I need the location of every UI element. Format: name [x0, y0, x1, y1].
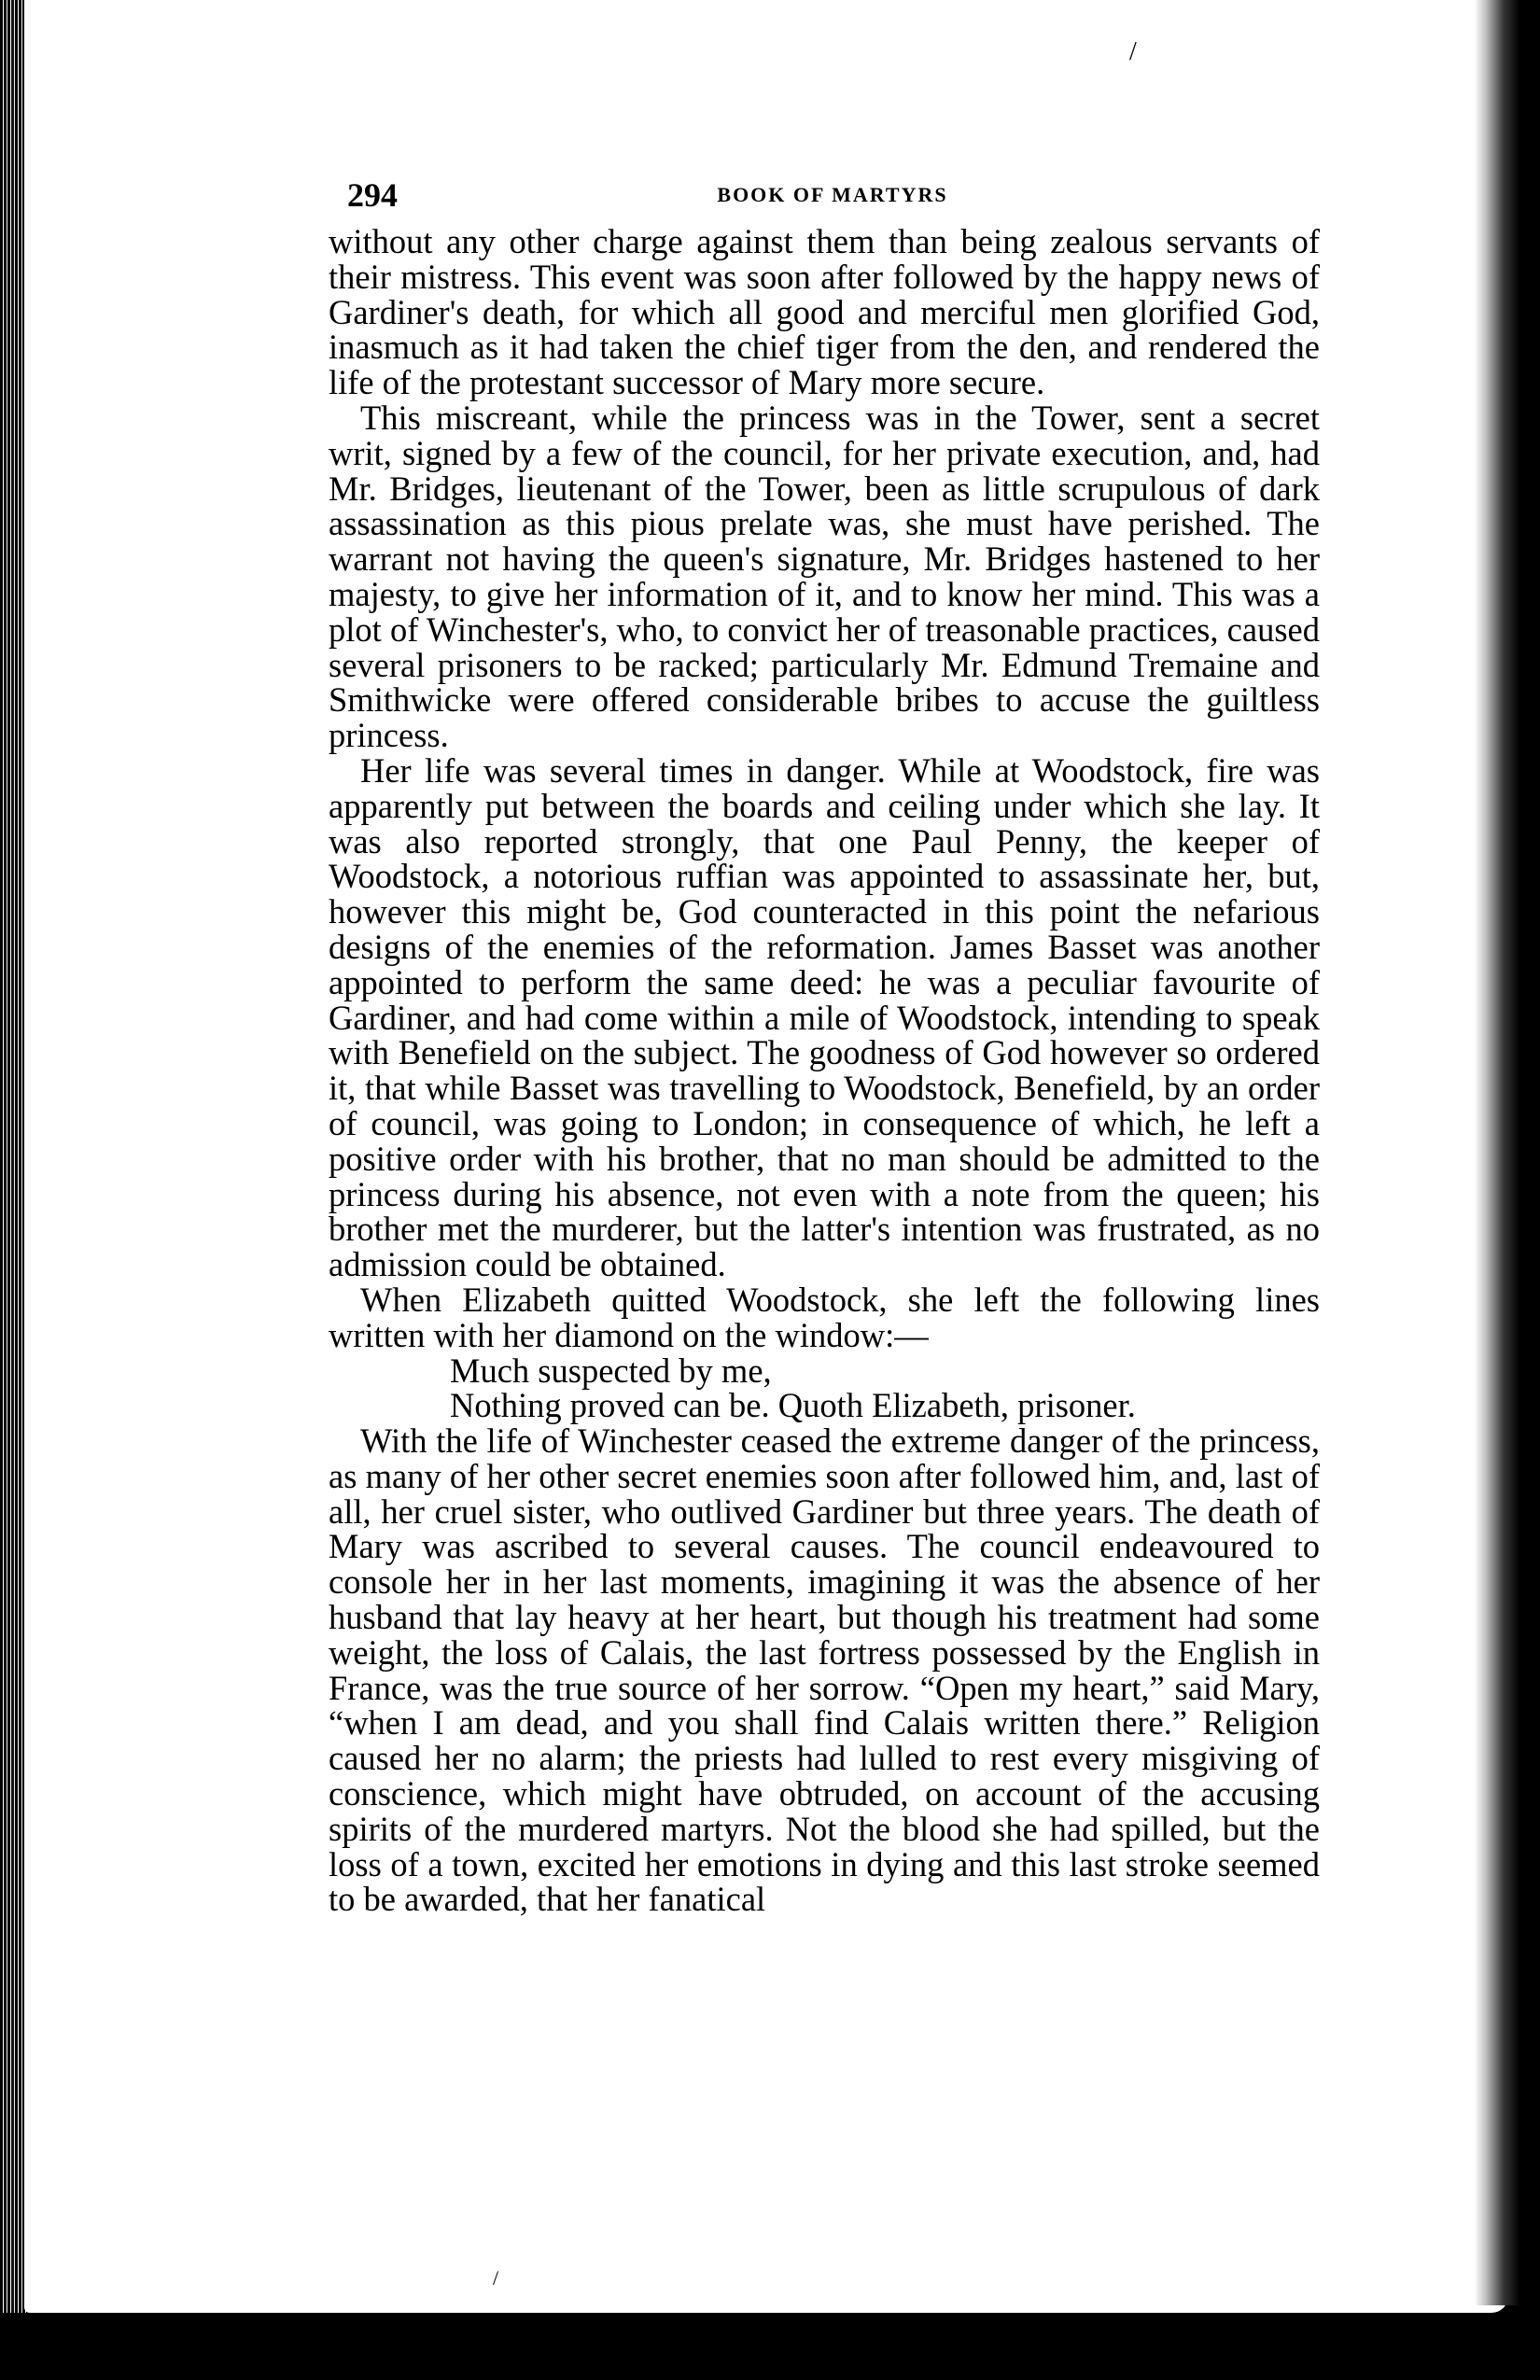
- paragraph: without any other charge against them th…: [329, 224, 1320, 400]
- paragraph: When Elizabeth quitted Woodstock, she le…: [329, 1282, 1320, 1353]
- body-text: without any other charge against them th…: [329, 224, 1320, 1917]
- running-head: BOOK OF MARTYRS: [347, 183, 1318, 207]
- paragraph: This miscreant, while the princess was i…: [329, 400, 1320, 753]
- page-bottom-shadow: [0, 2313, 1540, 2380]
- scan-speck: /: [1129, 37, 1137, 67]
- paragraph: With the life of Winchester ceased the e…: [329, 1423, 1320, 1917]
- verse-line: Nothing proved can be. Quoth Elizabeth, …: [329, 1388, 1320, 1423]
- page-header: 294 BOOK OF MARTYRS: [347, 175, 1318, 217]
- verse-line: Much suspected by me,: [329, 1353, 1320, 1389]
- page-right-edge-shadow: [1475, 0, 1540, 2305]
- paragraph: Her life was several times in danger. Wh…: [329, 753, 1320, 1282]
- scan-speck: /: [493, 2266, 498, 2290]
- book-binding-edge: [0, 0, 26, 2315]
